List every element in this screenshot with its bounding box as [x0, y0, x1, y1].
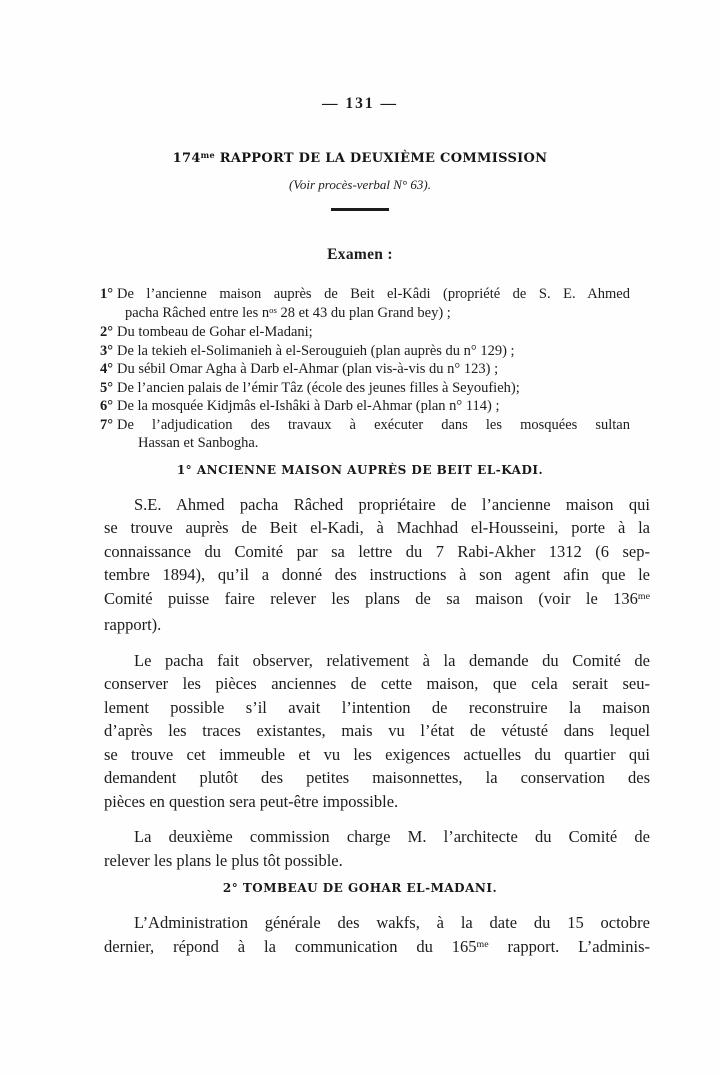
item-number: 2°	[100, 323, 117, 342]
body-text: Comité puisse faire relever les plans de…	[104, 589, 638, 608]
ordinal-suffix: me	[477, 939, 489, 950]
item-text: Du sébil Omar Agha à Darb el-Ahmar (plan…	[117, 361, 498, 377]
item-line: 1°De l’ancienne maison auprès de Beit el…	[100, 285, 630, 304]
body-line: dernier, répond à la communication du 16…	[104, 935, 650, 962]
body-line: se trouve auprès de Beit el-Kadi, à Mach…	[104, 516, 650, 540]
body-line: tembre 1894), qu’il a donné des instruct…	[104, 563, 650, 587]
item-number: 5°	[100, 379, 117, 398]
page-number: — 131 —	[0, 0, 720, 113]
item-text: Du tombeau de Gohar el-Madani;	[117, 324, 313, 340]
body-line: demandent plutôt des petites maisonnette…	[104, 766, 650, 790]
section1-paragraph-2: Le pacha fait observer, relativement à l…	[0, 649, 720, 814]
examen-item-6: 6°De la mosquée Kidjmâs el-Ishâki à Darb…	[100, 397, 630, 416]
item-text: De l’adjudication des travaux à exécuter…	[117, 417, 630, 433]
item-text: De la tekieh el-Solimanieh à el-Serougui…	[117, 343, 515, 359]
item-text: De l’ancienne maison auprès de Beit el-K…	[117, 286, 630, 302]
examen-item-7: 7°De l’adjudication des travaux à exécut…	[100, 416, 630, 453]
examen-item-1: 1°De l’ancienne maison auprès de Beit el…	[100, 285, 630, 323]
section2-paragraph-1: L’Administration générale des wakfs, à l…	[0, 911, 720, 961]
item-text: 28 et 43 du plan Grand bey) ;	[277, 305, 451, 321]
item-line: 7°De l’adjudication des travaux à exécut…	[100, 416, 630, 435]
body-line: conserver les pièces anciennes de cette …	[104, 672, 650, 696]
item-line: pacha Râched entre les nos 28 et 43 du p…	[100, 304, 630, 324]
item-text: De l’ancien palais de l’émir Tâz (école …	[117, 380, 520, 396]
document-page: — 131 — 174me RAPPORT DE LA DEUXIÈME COM…	[0, 0, 720, 1075]
body-line: Le pacha fait observer, relativement à l…	[104, 649, 650, 673]
item-line: 6°De la mosquée Kidjmâs el-Ishâki à Darb…	[100, 397, 630, 416]
body-line: pièces en question sera peut-être imposs…	[104, 790, 650, 814]
report-subtitle: (Voir procès-verbal N° 63).	[0, 177, 720, 193]
examen-list: 1°De l’ancienne maison auprès de Beit el…	[100, 285, 630, 453]
item-text: De la mosquée Kidjmâs el-Ishâki à Darb e…	[117, 398, 500, 414]
ordinal-suffix: me	[638, 591, 650, 602]
body-text: dernier, répond à la communication du 16…	[104, 937, 477, 956]
report-title-number: 174	[173, 151, 201, 166]
item-number: 1°	[100, 285, 117, 304]
item-text: pacha Râched entre les n	[125, 305, 269, 321]
examen-heading: Examen :	[0, 246, 720, 264]
section1-heading: 1° ANCIENNE MAISON AUPRÈS DE BEIT EL-KAD…	[0, 463, 720, 477]
item-line: 5°De l’ancien palais de l’émir Tâz (écol…	[100, 379, 630, 398]
report-title: 174me RAPPORT DE LA DEUXIÈME COMMISSION	[0, 151, 720, 166]
item-number: 7°	[100, 416, 117, 435]
body-line: S.E. Ahmed pacha Râched propriétaire de …	[104, 493, 650, 517]
section2-heading: 2° TOMBEAU DE GOHAR EL-MADANI.	[0, 881, 720, 895]
report-title-text: RAPPORT DE LA DEUXIÈME COMMISSION	[215, 151, 547, 166]
item-number: 6°	[100, 397, 117, 416]
item-number: 3°	[100, 342, 117, 361]
report-title-ordinal-suffix: me	[201, 150, 215, 160]
body-line: Comité puisse faire relever les plans de…	[104, 587, 650, 614]
body-line: d’après les traces existantes, mais vu l…	[104, 719, 650, 743]
examen-item-5: 5°De l’ancien palais de l’émir Tâz (écol…	[100, 379, 630, 398]
body-line: L’Administration générale des wakfs, à l…	[104, 911, 650, 935]
body-line: relever les plans le plus tôt possible.	[104, 849, 650, 873]
item-line: 4°Du sébil Omar Agha à Darb el-Ahmar (pl…	[100, 360, 630, 379]
body-line: connaissance du Comité par sa lettre du …	[104, 540, 650, 564]
examen-item-3: 3°De la tekieh el-Solimanieh à el-Seroug…	[100, 342, 630, 361]
body-line: se trouve cet immeuble et vu les exigenc…	[104, 743, 650, 767]
ordinal-suffix: os	[269, 305, 277, 315]
item-number: 4°	[100, 360, 117, 379]
body-line: lement possible s’il avait l’intention d…	[104, 696, 650, 720]
examen-item-2: 2°Du tombeau de Gohar el-Madani;	[100, 323, 630, 342]
examen-item-4: 4°Du sébil Omar Agha à Darb el-Ahmar (pl…	[100, 360, 630, 379]
section1-paragraph-1: S.E. Ahmed pacha Râched propriétaire de …	[0, 493, 720, 637]
item-line: 2°Du tombeau de Gohar el-Madani;	[100, 323, 630, 342]
body-line: La deuxième commission charge M. l’archi…	[104, 825, 650, 849]
item-line: Hassan et Sanbogha.	[100, 434, 630, 453]
body-text: rapport. L’adminis-	[489, 937, 650, 956]
section1-paragraph-3: La deuxième commission charge M. l’archi…	[0, 825, 720, 872]
divider-rule	[331, 208, 389, 211]
item-line: 3°De la tekieh el-Solimanieh à el-Seroug…	[100, 342, 630, 361]
body-line: rapport).	[104, 613, 650, 637]
